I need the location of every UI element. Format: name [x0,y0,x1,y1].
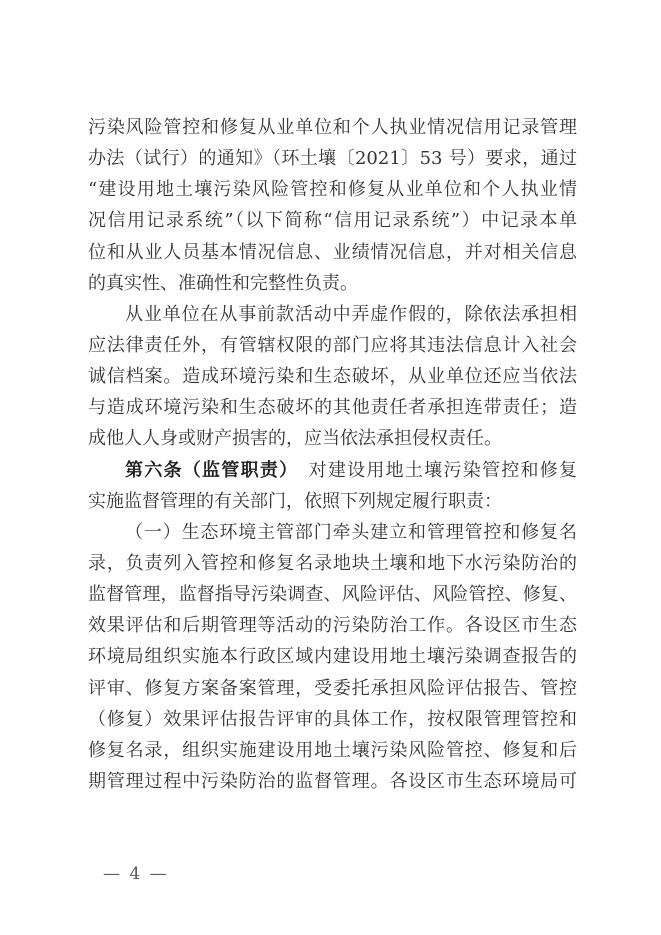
text-line: 污染风险管控和修复从业单位和个人执业情况信用记录管理 [88,112,577,143]
text-line: 诚信档案。造成环境污染和生态破坏，从业单位还应当依法 [88,361,577,392]
text-segment: 办法（试行）的通知》（环土壤〔2021〕53 号）要求，通过 [88,148,577,169]
page-number: — 4 — [103,864,169,884]
text-segment: 的真实性、准确性和完整性负责。 [88,273,358,294]
text-line: 修复名录，组织实施建设用地土壤污染风险管控、修复和后 [88,735,577,766]
text-line: （修复）效果评估报告评审的具体工作，按权限管理管控和 [88,704,577,735]
text-line: 环境局组织实施本行政区域内建设用地土壤污染调查报告的 [88,641,577,672]
text-line: 效果评估和后期管理等活动的污染防治工作。各设区市生态 [88,610,577,641]
text-line: 应法律责任外，有管辖权限的部门应将其违法信息计入社会 [88,330,577,361]
text-segment: 效果评估和后期管理等活动的污染防治工作。各设区市生态 [88,615,577,636]
text-line: 位和从业人员基本情况信息、业绩情况信息，并对相关信息 [88,237,577,268]
text-segment: 期管理过程中污染防治的监督管理。各设区市生态环境局可 [88,771,577,792]
text-segment: 从业单位在从事前款活动中弄虚作假的，除依法承担相 [125,304,577,325]
text-line: 录，负责列入管控和修复名录地块土壤和地下水污染防治的 [88,548,577,579]
text-segment: 对建设用地土壤污染管控和修复 [289,460,577,481]
text-segment: 应法律责任外，有管辖权限的部门应将其违法信息计入社会 [88,335,577,356]
text-segment: 成他人人身或财产损害的，应当依法承担侵权责任。 [88,428,502,449]
text-line: 成他人人身或财产损害的，应当依法承担侵权责任。 [88,423,577,454]
text-segment: 污染风险管控和修复从业单位和个人执业情况信用记录管理 [88,117,577,138]
text-line: 与造成环境污染和生态破坏的其他责任者承担连带责任；造 [88,392,577,423]
text-line: 监督管理，监督指导污染调查、风险评估、风险管控、修复、 [88,579,577,610]
text-segment: “建设用地土壤污染风险管控和修复从业单位和个人执业情 [88,179,577,200]
text-segment: 修复名录，组织实施建设用地土壤污染风险管控、修复和后 [88,740,577,761]
text-line: 第六条（监管职责） 对建设用地土壤污染管控和修复 [88,455,577,486]
article-heading-segment: 第六条（监管职责） [125,460,289,481]
text-segment: 实施监督管理的有关部门，依照下列规定履行职责： [88,491,502,512]
text-segment: （修复）效果评估报告评审的具体工作，按权限管理管控和 [88,709,577,730]
text-line: 的真实性、准确性和完整性负责。 [88,268,577,299]
text-segment: 况信用记录系统”（以下简称“信用记录系统”）中记录本单 [88,210,577,231]
document-body: 污染风险管控和修复从业单位和个人执业情况信用记录管理办法（试行）的通知》（环土壤… [88,112,577,797]
text-line: 从业单位在从事前款活动中弄虚作假的，除依法承担相 [88,299,577,330]
text-segment: 监督管理，监督指导污染调查、风险评估、风险管控、修复、 [88,584,577,605]
text-segment: 录，负责列入管控和修复名录地块土壤和地下水污染防治的 [88,553,577,574]
text-segment: 诚信档案。造成环境污染和生态破坏，从业单位还应当依法 [88,366,577,387]
text-line: 办法（试行）的通知》（环土壤〔2021〕53 号）要求，通过 [88,143,577,174]
text-segment: 与造成环境污染和生态破坏的其他责任者承担连带责任；造 [88,397,577,418]
text-line: （一）生态环境主管部门牵头建立和管理管控和修复名 [88,517,577,548]
text-line: 期管理过程中污染防治的监督管理。各设区市生态环境局可 [88,766,577,797]
text-segment: 环境局组织实施本行政区域内建设用地土壤污染调查报告的 [88,646,577,667]
text-line: 评审、修复方案备案管理，受委托承担风险评估报告、管控 [88,673,577,704]
text-line: “建设用地土壤污染风险管控和修复从业单位和个人执业情 [88,174,577,205]
text-line: 实施监督管理的有关部门，依照下列规定履行职责： [88,486,577,517]
text-segment: （一）生态环境主管部门牵头建立和管理管控和修复名 [125,522,577,543]
document-page: 污染风险管控和修复从业单位和个人执业情况信用记录管理办法（试行）的通知》（环土壤… [0,0,661,935]
text-segment: 评审、修复方案备案管理，受委托承担风险评估报告、管控 [88,678,577,699]
text-segment: 位和从业人员基本情况信息、业绩情况信息，并对相关信息 [88,242,577,263]
text-line: 况信用记录系统”（以下简称“信用记录系统”）中记录本单 [88,205,577,236]
